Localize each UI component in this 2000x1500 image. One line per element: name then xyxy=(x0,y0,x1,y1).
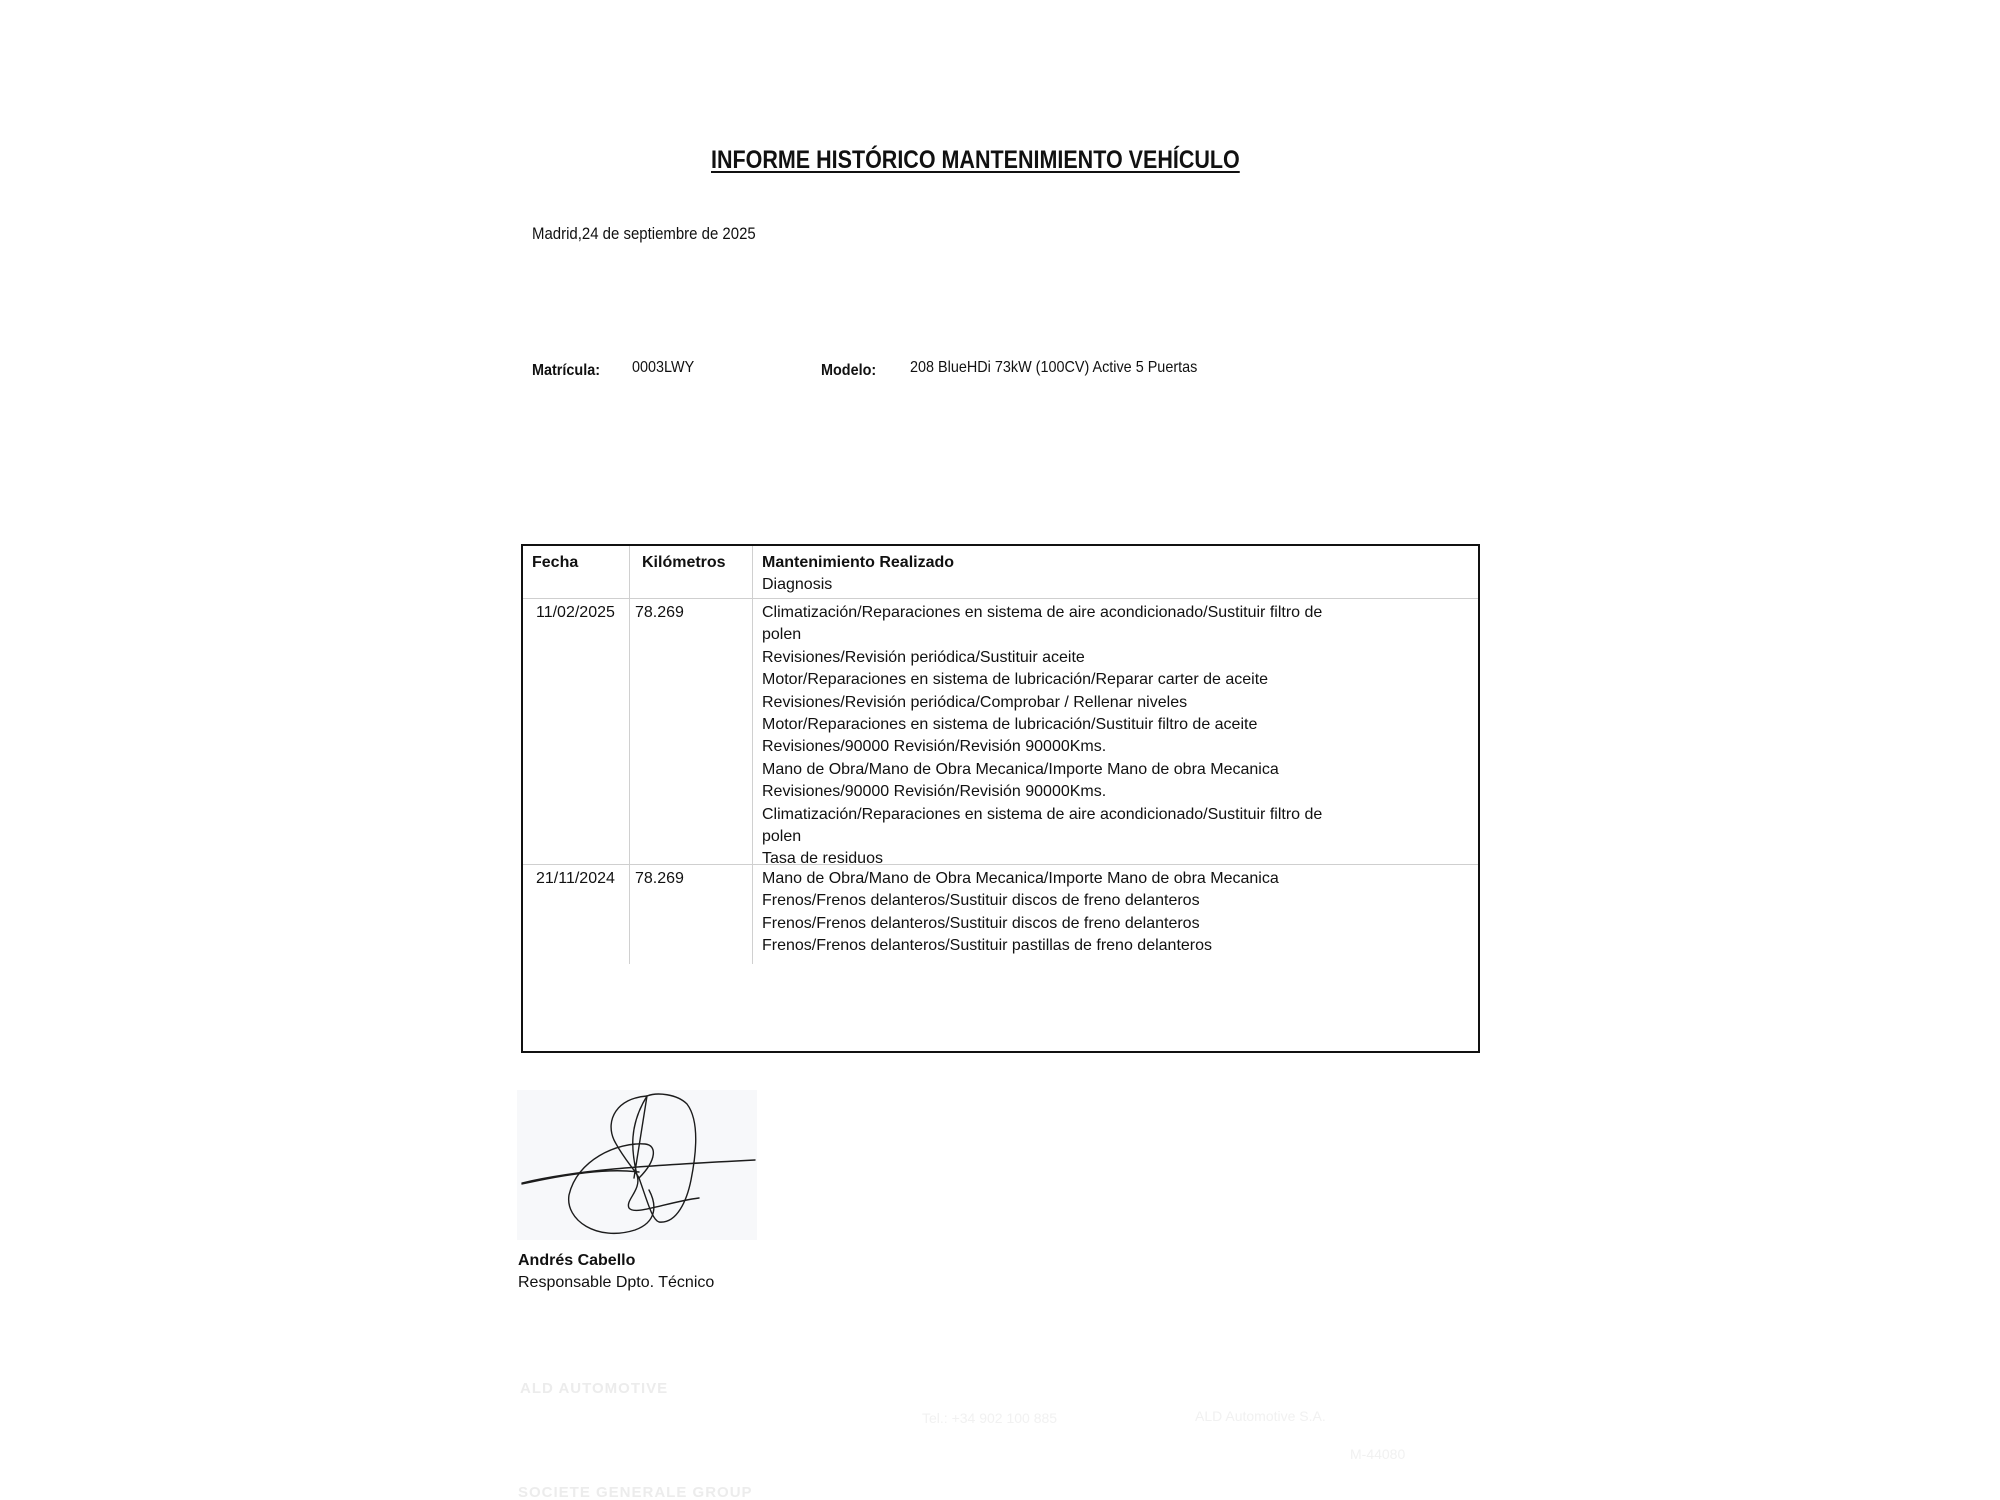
row-divider xyxy=(523,864,1478,865)
row-work-line: Climatización/Reparaciones en sistema de… xyxy=(762,804,1322,826)
header-work: Mantenimiento Realizado xyxy=(762,552,954,574)
row-work-line: Mano de Obra/Mano de Obra Mecanica/Impor… xyxy=(762,868,1279,890)
column-divider-km-work xyxy=(752,546,753,964)
footer-group: SOCIETE GENERALE GROUP xyxy=(518,1484,753,1500)
signer-role: Responsable Dpto. Técnico xyxy=(518,1274,714,1292)
row-work-line: Revisiones/90000 Revisión/Revisión 90000… xyxy=(762,781,1106,803)
maintenance-table: Fecha Kilómetros Mantenimiento Realizado… xyxy=(521,544,1480,1053)
row-work-line: Frenos/Frenos delanteros/Sustituir disco… xyxy=(762,913,1200,935)
plate-value: 0003LWY xyxy=(632,359,694,377)
signature-scribble-icon xyxy=(517,1090,757,1240)
footer-brand: ALD AUTOMOTIVE xyxy=(520,1380,668,1397)
report-title: INFORME HISTÓRICO MANTENIMIENTO VEHÍCULO xyxy=(711,146,1240,175)
model-label: Modelo: xyxy=(821,362,876,380)
row-work-line: Revisiones/Revisión periódica/Comprobar … xyxy=(762,692,1187,714)
row-work-line: Motor/Reparaciones en sistema de lubrica… xyxy=(762,714,1257,736)
signer-name: Andrés Cabello xyxy=(518,1252,635,1270)
row-work-line: Revisiones/90000 Revisión/Revisión 90000… xyxy=(762,736,1106,758)
row-date: 21/11/2024 xyxy=(536,868,615,890)
footer-company: ALD Automotive S.A. xyxy=(1195,1408,1326,1424)
row-work-line: Revisiones/Revisión periódica/Sustituir … xyxy=(762,647,1085,669)
row-work-line: polen xyxy=(762,826,801,848)
header-km: Kilómetros xyxy=(642,552,726,574)
header-extra-line: Diagnosis xyxy=(762,574,832,596)
header-row-divider xyxy=(523,598,1478,599)
row-work-line: Motor/Reparaciones en sistema de lubrica… xyxy=(762,669,1268,691)
signature-image xyxy=(517,1090,757,1240)
row-km: 78.269 xyxy=(635,868,684,890)
row-work-line: Frenos/Frenos delanteros/Sustituir disco… xyxy=(762,890,1200,912)
header-date: Fecha xyxy=(532,552,578,574)
row-km: 78.269 xyxy=(635,602,684,624)
model-value: 208 BlueHDi 73kW (100CV) Active 5 Puerta… xyxy=(910,359,1197,377)
row-work-line: Climatización/Reparaciones en sistema de… xyxy=(762,602,1322,624)
row-date: 11/02/2025 xyxy=(536,602,615,624)
row-work-line: Frenos/Frenos delanteros/Sustituir pasti… xyxy=(762,935,1212,957)
footer-phone: Tel.: +34 902 100 885 xyxy=(922,1410,1057,1426)
row-work-line: Mano de Obra/Mano de Obra Mecanica/Impor… xyxy=(762,759,1279,781)
row-work-line: polen xyxy=(762,624,801,646)
column-divider-date-km xyxy=(629,546,630,964)
place-date: Madrid,24 de septiembre de 2025 xyxy=(532,224,756,244)
plate-label: Matrícula: xyxy=(532,362,600,380)
footer-registry: M-44080 xyxy=(1350,1446,1405,1462)
